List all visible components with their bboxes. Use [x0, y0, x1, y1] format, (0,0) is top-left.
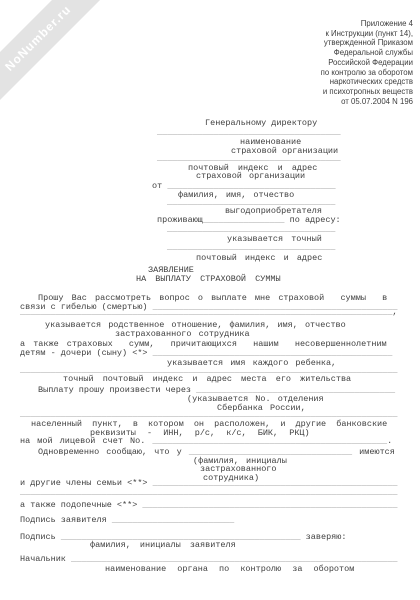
doc-line: Подпись заявителя ______________________… — [20, 516, 234, 526]
doc-text: фамилия, инициалы заявителя — [90, 540, 236, 550]
blank-underline: ________________________________________… — [153, 348, 393, 358]
doc-line: точный почтовый индекс и адрес места его… — [63, 375, 351, 385]
header-reference-block: Приложение 4к Инструкции (пункт 14),утве… — [321, 19, 413, 106]
doc-line: ________________________________________… — [20, 488, 397, 498]
blank-underline: ________________________________________… — [152, 436, 387, 446]
doc-text: а также подопечные <**> — [20, 500, 142, 510]
doc-line: _________________________________ — [167, 243, 335, 253]
doc-text: имеются — [352, 447, 395, 457]
doc-line: а также подопечные <**> ________________… — [20, 501, 397, 511]
header-line: утвержденной Приказом — [321, 38, 413, 48]
header-line: и психотропных веществ — [321, 87, 413, 97]
doc-text: застрахованного сотрудника — [115, 329, 250, 339]
doc-text: на мой лицевой счет No. — [20, 436, 152, 446]
watermark-ribbon: NoNumber.ru — [0, 0, 114, 114]
blank-underline: ________________________________________… — [71, 554, 397, 564]
doc-text: страховой организации — [196, 171, 305, 181]
doc-text: Выплату прошу произвести через — [38, 385, 196, 395]
doc-text: заверяю: — [301, 532, 347, 542]
doc-text: почтовый индекс и адрес — [196, 253, 322, 263]
doc-line: наименование органа по контролю за оборо… — [105, 565, 354, 575]
header-line: к Инструкции (пункт 14), — [321, 29, 413, 39]
blank-underline: ________________________ — [112, 515, 234, 525]
doc-text: Начальник — [20, 554, 71, 564]
watermark-text: NoNumber.ru — [2, 2, 73, 73]
blank-underline: ________________________________________… — [20, 487, 397, 497]
doc-text: Одновременно сообщаю, что у — [38, 447, 189, 457]
blank-underline: ________________________________________… — [20, 307, 392, 317]
doc-line: НА ВЫПЛАТУ СТРАХОВОЙ СУММЫ — [136, 275, 281, 285]
doc-text: НА ВЫПЛАТУ СТРАХОВОЙ СУММЫ — [136, 274, 281, 284]
blank-underline: _________________________________ — [167, 242, 335, 252]
doc-text: Подпись — [20, 532, 61, 542]
header-line: по контролю за оборотом — [321, 68, 413, 78]
header-line: Приложение 4 — [321, 19, 413, 29]
blank-underline: ________________________________________… — [20, 409, 397, 419]
header-line: наркотических средств — [321, 77, 413, 87]
doc-line: фамилия, инициалы заявителя — [90, 541, 236, 551]
blank-underline: ____________________________________ — [157, 153, 341, 163]
document-page: NoNumber.ru Приложение 4к Инструкции (пу… — [0, 0, 420, 600]
doc-line: почтовый индекс и адрес — [196, 254, 322, 264]
blank-underline: ____________________________________ — [157, 127, 341, 137]
doc-text: точный почтовый индекс и адрес места его… — [63, 374, 351, 384]
doc-text: детям - дочери (сыну) <*> — [20, 348, 153, 358]
doc-text: . — [387, 436, 392, 446]
header-line: Федеральной службы — [321, 48, 413, 58]
doc-text: от — [152, 181, 167, 191]
header-line: Российской Федерации — [321, 58, 413, 68]
header-line: от 05.07.2004 N 196 — [321, 97, 413, 107]
doc-line: на мой лицевой счет No. ________________… — [20, 437, 392, 447]
blank-underline: ________________________________________… — [142, 500, 397, 510]
doc-text: Подпись заявителя — [20, 515, 112, 525]
doc-line: ________________________________________… — [20, 308, 397, 318]
doc-text: , — [392, 307, 397, 317]
doc-text: наименование органа по контролю за оборо… — [105, 564, 354, 574]
blank-underline: _________________________________ — [167, 224, 335, 234]
